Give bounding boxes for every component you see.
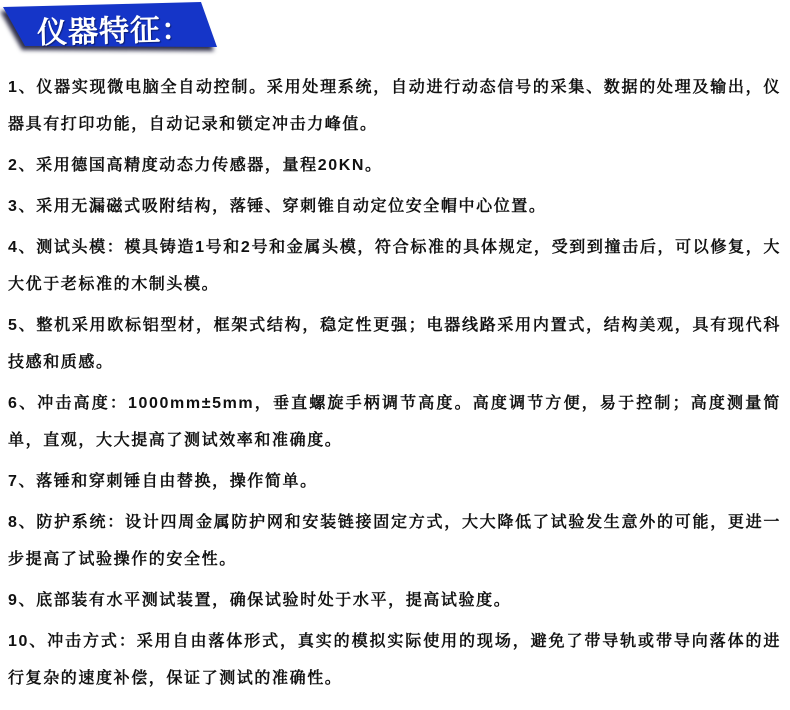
section-title: 仪器特征： [36, 4, 197, 52]
section-header: 仪器特征： [0, 0, 790, 58]
feature-item: 5、整机采用欧标铝型材，框架式结构，稳定性更强；电器线路采用内置式，结构美观，具… [8, 307, 781, 381]
feature-item: 4、测试头模：模具铸造1号和2号和金属头模，符合标准的具体规定，受到到撞击后，可… [8, 229, 781, 303]
feature-item: 10、冲击方式：采用自由落体形式，真实的模拟实际使用的现场，避免了带导轨或带导向… [8, 623, 781, 697]
feature-item: 6、冲击高度：1000mm±5mm，垂直螺旋手柄调节高度。高度调节方便，易于控制… [8, 385, 781, 459]
feature-item: 2、采用德国高精度动态力传感器，量程20KN。 [8, 147, 781, 184]
feature-list: 1、仪器实现微电脑全自动控制。采用处理系统，自动进行动态信号的采集、数据的处理及… [0, 58, 790, 697]
feature-item: 1、仪器实现微电脑全自动控制。采用处理系统，自动进行动态信号的采集、数据的处理及… [8, 69, 781, 143]
feature-item: 9、底部装有水平测试装置，确保试验时处于水平，提高试验度。 [8, 582, 781, 619]
feature-item: 3、采用无漏磁式吸附结构，落锤、穿刺锥自动定位安全帽中心位置。 [8, 188, 781, 225]
feature-item: 7、落锤和穿刺锤自由替换，操作简单。 [8, 463, 781, 500]
page: 仪器特征： 1、仪器实现微电脑全自动控制。采用处理系统，自动进行动态信号的采集、… [0, 0, 790, 710]
feature-item: 8、防护系统：设计四周金属防护网和安装链接固定方式，大大降低了试验发生意外的可能… [8, 504, 781, 578]
